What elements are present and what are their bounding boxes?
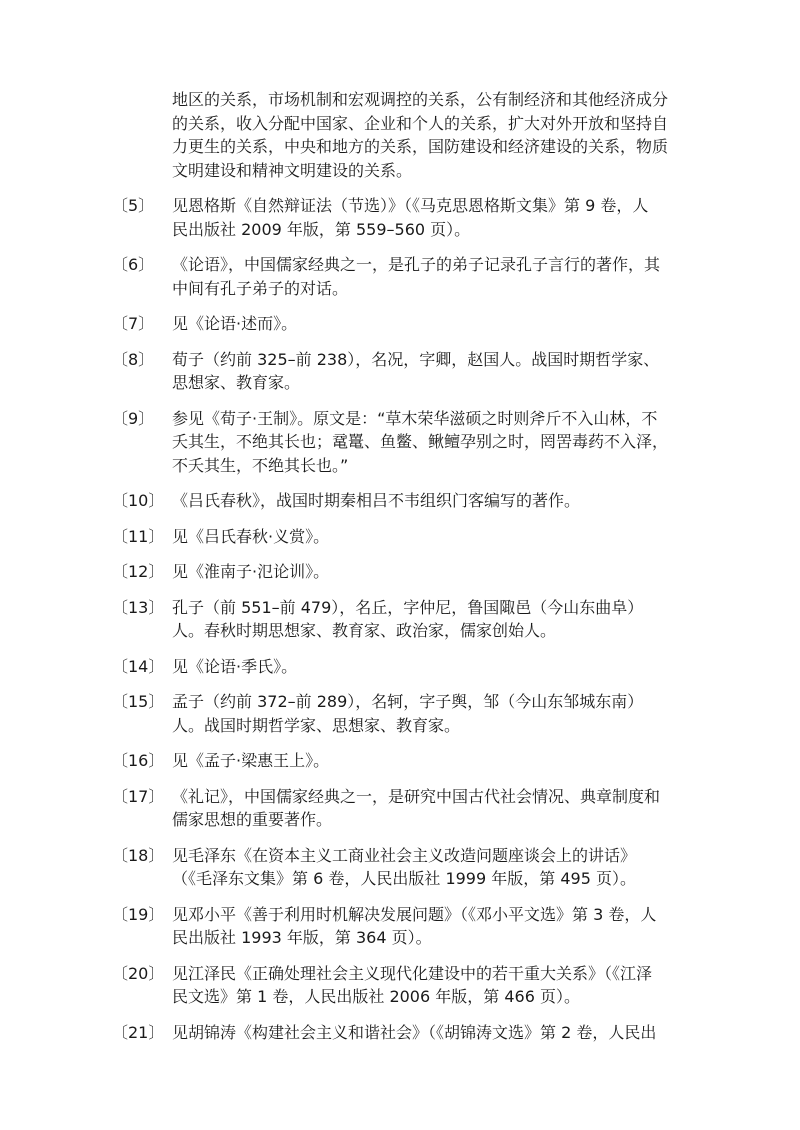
document-page: 地区的关系，市场机制和宏观调控的关系，公有制经济和其他经济成分 的关系，收入分配… [0,0,800,1130]
footnote-9: 〔9〕 参见《荀子·王制》。原文是：“草木荣华滋硕之时则斧斤不入山林，不 夭其生… [112,407,704,478]
footnote-text: 见毛泽东《在资本主义工商业社会主义改造问题座谈会上的讲话》 （《毛泽东文集》第 … [172,844,704,891]
footnote-15: 〔15〕 孟子（约前 372–前 289），名轲，字子舆，邹（今山东邹城东南） … [112,690,704,737]
footnote-11: 〔11〕 见《吕氏春秋·义赏》。 [112,525,704,549]
footnote-text: 见胡锦涛《构建社会主义和谐社会》（《胡锦涛文选》第 2 卷，人民出 [172,1021,704,1045]
note-continuation-text: 地区的关系，市场机制和宏观调控的关系，公有制经济和其他经济成分 的关系，收入分配… [172,88,704,182]
footnote-text: 《论语》，中国儒家经典之一，是孔子的弟子记录孔子言行的著作，其 中间有孔子弟子的… [172,253,704,300]
footnote-text: 《吕氏春秋》，战国时期秦相吕不韦组织门客编写的著作。 [172,489,704,513]
footnote-text: 见邓小平《善于利用时机解决发展问题》（《邓小平文选》第 3 卷，人 民出版社 1… [172,903,704,950]
footnote-number: 〔18〕 [112,844,172,891]
footnote-17: 〔17〕 《礼记》，中国儒家经典之一，是研究中国古代社会情况、典章制度和 儒家思… [112,785,704,832]
footnote-text: 见恩格斯《自然辩证法（节选）》（《马克思恩格斯文集》第 9 卷，人 民出版社 2… [172,194,704,241]
footnote-6: 〔6〕 《论语》，中国儒家经典之一，是孔子的弟子记录孔子言行的著作，其 中间有孔… [112,253,704,300]
footnote-number: 〔9〕 [112,407,172,478]
footnote-8: 〔8〕 荀子（约前 325–前 238），名况，字卿，赵国人。战国时期哲学家、 … [112,348,704,395]
footnote-text: 见《淮南子·氾论训》。 [172,560,704,584]
footnote-number: 〔17〕 [112,785,172,832]
footnote-13: 〔13〕 孔子（前 551–前 479），名丘，字仲尼，鲁国陬邑（今山东曲阜） … [112,596,704,643]
footnote-7: 〔7〕 见《论语·述而》。 [112,312,704,336]
footnote-number: 〔14〕 [112,655,172,679]
footnote-text: 参见《荀子·王制》。原文是：“草木荣华滋硕之时则斧斤不入山林，不 夭其生，不绝其… [172,407,704,478]
footnote-number: 〔12〕 [112,560,172,584]
footnote-number: 〔5〕 [112,194,172,241]
footnote-number: 〔11〕 [112,525,172,549]
footnote-text: 见《孟子·梁惠王上》。 [172,749,704,773]
footnote-number: 〔16〕 [112,749,172,773]
footnote-number: 〔19〕 [112,903,172,950]
footnote-number: 〔6〕 [112,253,172,300]
footnote-16: 〔16〕 见《孟子·梁惠王上》。 [112,749,704,773]
footnote-12: 〔12〕 见《淮南子·氾论训》。 [112,560,704,584]
footnote-number: 〔20〕 [112,962,172,1009]
footnote-text: 见《吕氏春秋·义赏》。 [172,525,704,549]
footnote-text: 见《论语·述而》。 [172,312,704,336]
footnote-20: 〔20〕 见江泽民《正确处理社会主义现代化建设中的若干重大关系》（《江泽 民文选… [112,962,704,1009]
footnote-number: 〔13〕 [112,596,172,643]
footnote-number: 〔15〕 [112,690,172,737]
footnote-text: 荀子（约前 325–前 238），名况，字卿，赵国人。战国时期哲学家、 思想家、… [172,348,704,395]
footnote-number: 〔21〕 [112,1021,172,1045]
footnote-10: 〔10〕 《吕氏春秋》，战国时期秦相吕不韦组织门客编写的著作。 [112,489,704,513]
footnote-text: 孔子（前 551–前 479），名丘，字仲尼，鲁国陬邑（今山东曲阜） 人。春秋时… [172,596,704,643]
footnote-text: 孟子（约前 372–前 289），名轲，字子舆，邹（今山东邹城东南） 人。战国时… [172,690,704,737]
footnote-5: 〔5〕 见恩格斯《自然辩证法（节选）》（《马克思恩格斯文集》第 9 卷，人 民出… [112,194,704,241]
footnote-14: 〔14〕 见《论语·季氏》。 [112,655,704,679]
footnote-text: 见《论语·季氏》。 [172,655,704,679]
footnote-18: 〔18〕 见毛泽东《在资本主义工商业社会主义改造问题座谈会上的讲话》 （《毛泽东… [112,844,704,891]
footnote-text: 见江泽民《正确处理社会主义现代化建设中的若干重大关系》（《江泽 民文选》第 1 … [172,962,704,1009]
footnote-number: 〔10〕 [112,489,172,513]
footnote-number: 〔8〕 [112,348,172,395]
footnote-number: 〔7〕 [112,312,172,336]
footnote-text: 《礼记》，中国儒家经典之一，是研究中国古代社会情况、典章制度和 儒家思想的重要著… [172,785,704,832]
footnote-21: 〔21〕 见胡锦涛《构建社会主义和谐社会》（《胡锦涛文选》第 2 卷，人民出 [112,1021,704,1045]
footnote-19: 〔19〕 见邓小平《善于利用时机解决发展问题》（《邓小平文选》第 3 卷，人 民… [112,903,704,950]
